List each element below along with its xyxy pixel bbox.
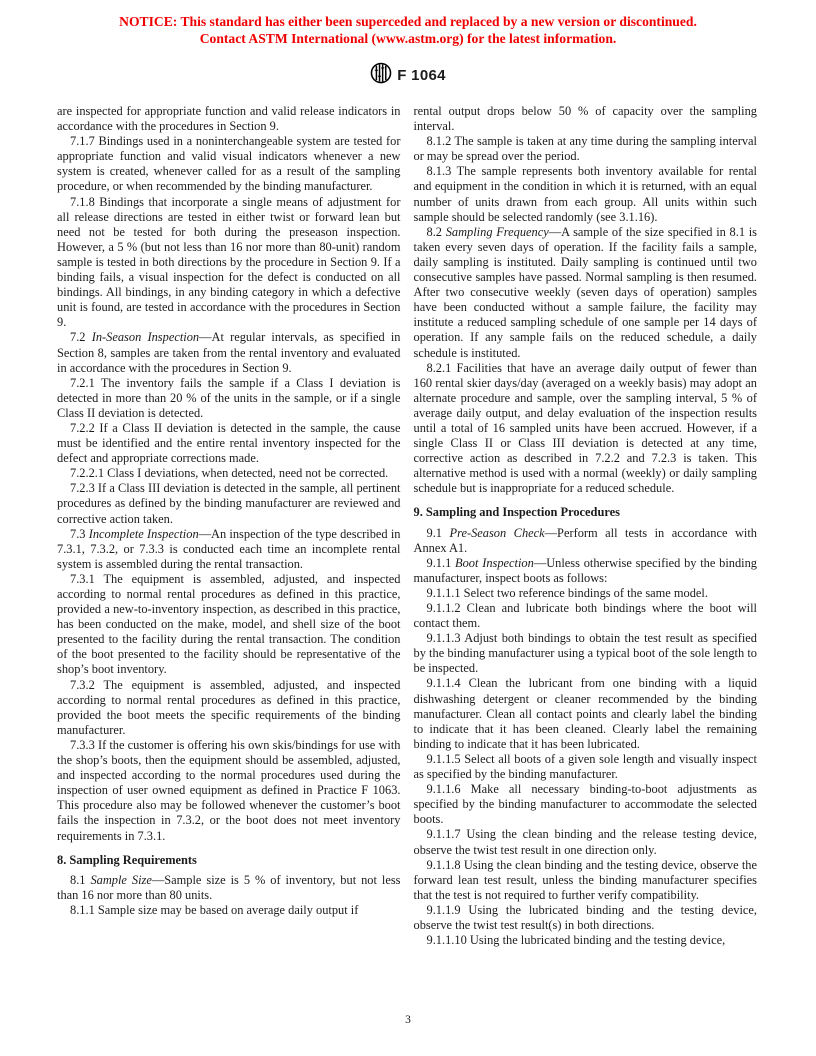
paragraph: 8.1.2 The sample is taken at any time du… <box>414 134 758 164</box>
section-heading: 9. Sampling and Inspection Procedures <box>414 505 758 520</box>
paragraph: 7.2.2 If a Class II deviation is detecte… <box>57 421 401 466</box>
paragraph: 7.2.1 The inventory fails the sample if … <box>57 376 401 421</box>
paragraph: 9.1.1.10 Using the lubricated binding an… <box>414 933 758 948</box>
paragraph: 9.1.1.3 Adjust both bindings to obtain t… <box>414 631 758 676</box>
paragraph: 8.1.1 Sample size may be based on averag… <box>57 903 401 918</box>
text-run: 7.3 <box>70 527 89 541</box>
text-run: 8.1.1 Sample size may be based on averag… <box>70 903 358 917</box>
text-run: 7.1.7 Bindings used in a noninterchangea… <box>57 134 401 193</box>
text-run: 7.2.2 If a Class II deviation is detecte… <box>57 421 401 465</box>
paragraph: 8.1.3 The sample represents both invento… <box>414 164 758 224</box>
standard-designation: F 1064 <box>397 67 446 84</box>
paragraph: 7.3.1 The equipment is assembled, adjust… <box>57 572 401 678</box>
text-run: —A sample of the size specified in 8.1 i… <box>414 225 758 360</box>
text-run: 9.1.1.9 Using the lubricated binding and… <box>414 903 758 932</box>
paragraph: 7.2.2.1 Class I deviations, when detecte… <box>57 466 401 481</box>
notice-line-2: Contact ASTM International (www.astm.org… <box>0 30 816 47</box>
paragraph: 7.3.3 If the customer is offering his ow… <box>57 738 401 844</box>
paragraph: 9.1.1.1 Select two reference bindings of… <box>414 586 758 601</box>
text-run: 9.1.1.1 Select two reference bindings of… <box>427 586 708 600</box>
paragraph: 7.1.7 Bindings used in a noninterchangea… <box>57 134 401 194</box>
paragraph: 9.1 Pre-Season Check—Perform all tests i… <box>414 526 758 556</box>
two-column-body: are inspected for appropriate function a… <box>0 104 816 948</box>
paragraph: 9.1.1.8 Using the clean binding and the … <box>414 858 758 903</box>
text-run: 9.1.1.8 Using the clean binding and the … <box>414 858 758 902</box>
text-run: 7.3.2 The equipment is assembled, adjust… <box>57 678 401 737</box>
text-run: 9.1.1.4 Clean the lubricant from one bin… <box>414 676 758 750</box>
text-run: 7.3.3 If the customer is offering his ow… <box>57 738 401 843</box>
document-header: F 1064 <box>0 62 816 89</box>
paragraph: 7.1.8 Bindings that incorporate a single… <box>57 195 401 331</box>
paragraph: 9.1.1.5 Select all boots of a given sole… <box>414 752 758 782</box>
paragraph: 8.2 Sampling Frequency—A sample of the s… <box>414 225 758 361</box>
text-run: 7.2 <box>70 330 92 344</box>
italic-term: Sampling Frequency <box>446 225 549 239</box>
text-run: 8.2.1 Facilities that have an average da… <box>414 361 758 496</box>
italic-term: In-Season Inspection <box>92 330 199 344</box>
discontinuation-notice: NOTICE: This standard has either been su… <box>0 0 816 47</box>
text-run: 7.1.8 Bindings that incorporate a single… <box>57 195 401 330</box>
text-run: 7.2.3 If a Class III deviation is detect… <box>57 481 401 525</box>
paragraph: rental output drops below 50 % of capaci… <box>414 104 758 134</box>
italic-term: Pre-Season Check <box>450 526 545 540</box>
text-run: are inspected for appropriate function a… <box>57 104 401 133</box>
text-run: 9.1.1.6 Make all necessary binding-to-bo… <box>414 782 758 826</box>
document-page: NOTICE: This standard has either been su… <box>0 0 816 1056</box>
section-heading: 8. Sampling Requirements <box>57 853 401 868</box>
paragraph: 9.1.1.2 Clean and lubricate both binding… <box>414 601 758 631</box>
text-run: 8.1 <box>70 873 90 887</box>
paragraph: 9.1.1 Boot Inspection—Unless otherwise s… <box>414 556 758 586</box>
text-run: 7.2.1 The inventory fails the sample if … <box>57 376 401 420</box>
paragraph: 8.2.1 Facilities that have an average da… <box>414 361 758 497</box>
paragraph: 9.1.1.7 Using the clean binding and the … <box>414 827 758 857</box>
text-run: 9.1.1.2 Clean and lubricate both binding… <box>414 601 758 630</box>
text-run: 8.1.3 The sample represents both invento… <box>414 164 758 223</box>
text-run: rental output drops below 50 % of capaci… <box>414 104 758 133</box>
paragraph: 7.2 In-Season Inspection—At regular inte… <box>57 330 401 375</box>
italic-term: Boot Inspection <box>455 556 534 570</box>
paragraph: 7.3 Incomplete Inspection—An inspection … <box>57 527 401 572</box>
page-footer: 3 <box>0 1014 816 1026</box>
text-run: 9.1 <box>427 526 450 540</box>
italic-term: Incomplete Inspection <box>89 527 199 541</box>
text-run: 9.1.1 <box>427 556 456 570</box>
text-run: 9.1.1.10 Using the lubricated binding an… <box>427 933 726 947</box>
column-right: rental output drops below 50 % of capaci… <box>414 104 758 948</box>
italic-term: Sample Size <box>90 873 151 887</box>
paragraph: 9.1.1.4 Clean the lubricant from one bin… <box>414 676 758 751</box>
notice-line-1: NOTICE: This standard has either been su… <box>0 13 816 30</box>
text-run: 9.1.1.7 Using the clean binding and the … <box>414 827 758 856</box>
astm-logo-icon <box>370 62 392 89</box>
page-number: 3 <box>405 1014 411 1026</box>
text-run: 8.1.2 The sample is taken at any time du… <box>414 134 758 163</box>
paragraph: are inspected for appropriate function a… <box>57 104 401 134</box>
paragraph: 7.3.2 The equipment is assembled, adjust… <box>57 678 401 738</box>
text-run: 7.3.1 The equipment is assembled, adjust… <box>57 572 401 677</box>
column-left: are inspected for appropriate function a… <box>57 104 401 948</box>
paragraph: 8.1 Sample Size—Sample size is 5 % of in… <box>57 873 401 903</box>
paragraph: 9.1.1.9 Using the lubricated binding and… <box>414 903 758 933</box>
text-run: 9.1.1.3 Adjust both bindings to obtain t… <box>414 631 758 675</box>
paragraph: 9.1.1.6 Make all necessary binding-to-bo… <box>414 782 758 827</box>
text-run: 7.2.2.1 Class I deviations, when detecte… <box>70 466 388 480</box>
text-run: 9.1.1.5 Select all boots of a given sole… <box>414 752 758 781</box>
paragraph: 7.2.3 If a Class III deviation is detect… <box>57 481 401 526</box>
text-run: 8.2 <box>427 225 446 239</box>
